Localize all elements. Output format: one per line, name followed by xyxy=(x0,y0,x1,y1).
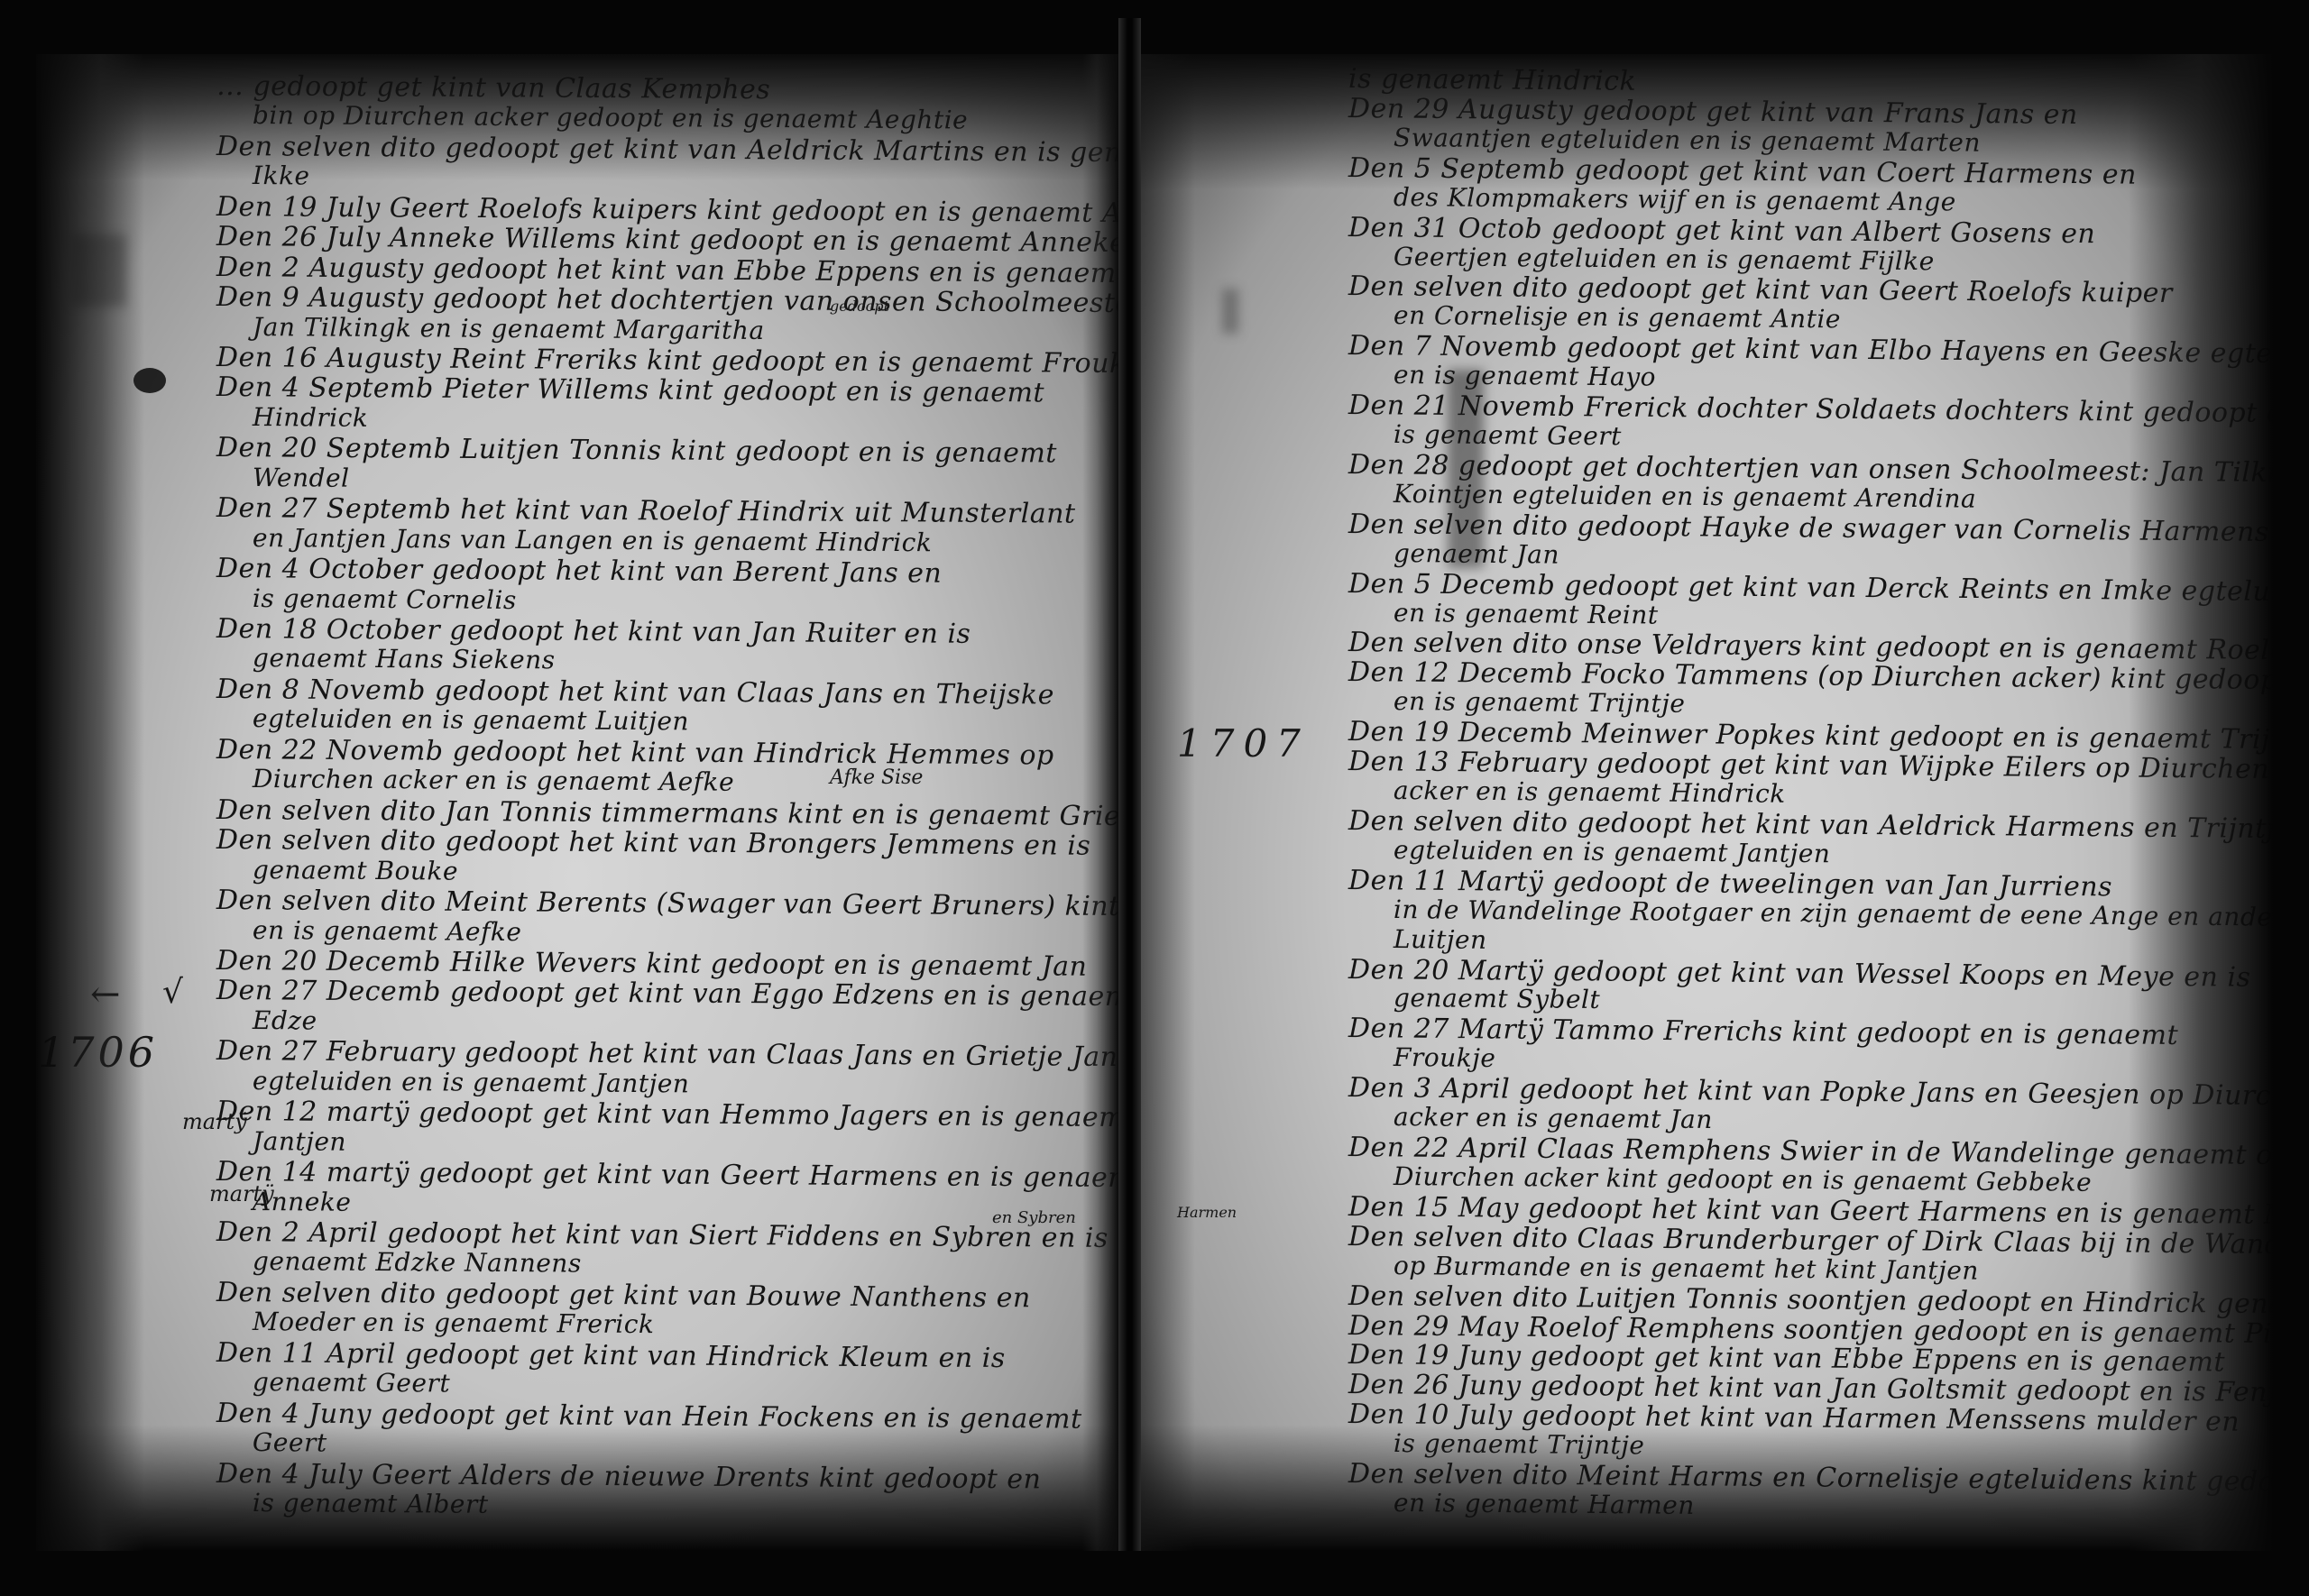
register-entry-continuation: Wendel xyxy=(253,463,350,493)
margin-check-mark: √ xyxy=(162,974,183,1011)
margin-month-note: martÿ xyxy=(209,1181,274,1206)
page-shadow-top xyxy=(1141,54,2273,189)
interlinear-note: en Sybren xyxy=(992,1208,1076,1227)
register-entry-continuation: Edze xyxy=(253,1005,317,1035)
margin-year-1707: 1707 xyxy=(1177,721,1310,766)
register-entry-continuation: Froukje xyxy=(1394,1042,1496,1073)
page-shadow-top xyxy=(36,54,1118,180)
register-entry-continuation: Luitjen xyxy=(1394,924,1487,955)
interlinear-note: Afke Sise xyxy=(830,766,923,789)
register-entry-continuation: is genaemt Geert xyxy=(1394,419,1622,451)
register-entry-continuation: genaemt Hans Siekens xyxy=(253,643,556,674)
register-entry-continuation: Hindrick xyxy=(253,402,369,433)
register-entry-continuation: egteluiden en is genaemt Jantjen xyxy=(253,1066,690,1098)
register-entry-continuation: genaemt Bouke xyxy=(253,855,458,886)
interlinear-note: gedoopt xyxy=(830,298,889,315)
right-page-text: is genaemt HindrickDen 29 Augusty gedoop… xyxy=(1141,54,2273,1551)
page-shadow-bottom xyxy=(1141,1425,2273,1551)
margin-month-note: martÿ xyxy=(182,1109,247,1134)
register-entry-continuation: Jan Tilkingk en is genaemt Margaritha xyxy=(253,312,765,345)
register-entry-continuation: en is genaemt Trijntje xyxy=(1394,686,1686,719)
page-edge-shadow xyxy=(1082,54,1118,1551)
register-entry-continuation: op Burmande en is genaemt het kint Jantj… xyxy=(1394,1251,1979,1286)
register-entry-line: Den 14 martÿ gedoopt get kint van Geert … xyxy=(216,1156,1118,1194)
register-entry-continuation: Jantjen xyxy=(253,1126,346,1157)
register-entry-line: Den 27 Decemb gedoopt get kint van Eggo … xyxy=(216,975,1118,1013)
page-shadow-bottom xyxy=(36,1425,1118,1551)
left-page-text: … gedoopt get kint van Claas Kemphesbin … xyxy=(36,54,1118,1551)
ink-smudge xyxy=(1448,370,1484,568)
register-entry-continuation: en is genaemt Aefke xyxy=(253,915,522,947)
register-entry-continuation: genaemt Edzke Nannens xyxy=(253,1246,582,1279)
register-entry-continuation: en Cornelisje en is genaemt Antie xyxy=(1394,300,1841,334)
register-entry-continuation: en Jantjen Jans van Langen en is genaemt… xyxy=(253,523,933,557)
register-entry-continuation: genaemt Geert xyxy=(253,1367,450,1399)
register-entry-continuation: genaemt Sybelt xyxy=(1394,983,1600,1014)
register-entry-continuation: Moeder en is genaemt Frerick xyxy=(253,1307,655,1339)
register-entry-continuation: egteluiden en is genaemt Luitjen xyxy=(253,703,689,736)
register-entry-line: Den 12 martÿ gedoopt get kint van Hemmo … xyxy=(216,1096,1118,1133)
register-entry-continuation: Diurchen acker en is genaemt Aefke xyxy=(253,764,734,797)
page-edge-shadow xyxy=(36,54,144,1551)
register-entry-continuation: en is genaemt Hayo xyxy=(1394,360,1656,392)
page-edge-shadow xyxy=(2129,54,2273,1551)
register-entry-continuation: is genaemt Cornelis xyxy=(253,583,517,615)
page-edge-shadow xyxy=(1141,54,1195,1551)
register-entry-continuation: en is genaemt Reint xyxy=(1394,598,1659,630)
register-entry-continuation: Geertjen egteluiden en is genaemt Fijlke xyxy=(1394,242,1935,276)
right-page: is genaemt HindrickDen 29 Augusty gedoop… xyxy=(1141,54,2273,1551)
book-spread: … gedoopt get kint van Claas Kemphesbin … xyxy=(0,0,2309,1596)
register-entry-continuation: egteluiden en is genaemt Jantjen xyxy=(1394,835,1831,868)
register-entry-continuation: acker en is genaemt Jan xyxy=(1394,1102,1713,1134)
left-page: … gedoopt get kint van Claas Kemphesbin … xyxy=(36,54,1118,1551)
margin-marks xyxy=(1222,289,1238,334)
book-spine xyxy=(1118,18,1141,1551)
register-entry-continuation: acker en is genaemt Hindrick xyxy=(1394,775,1786,809)
